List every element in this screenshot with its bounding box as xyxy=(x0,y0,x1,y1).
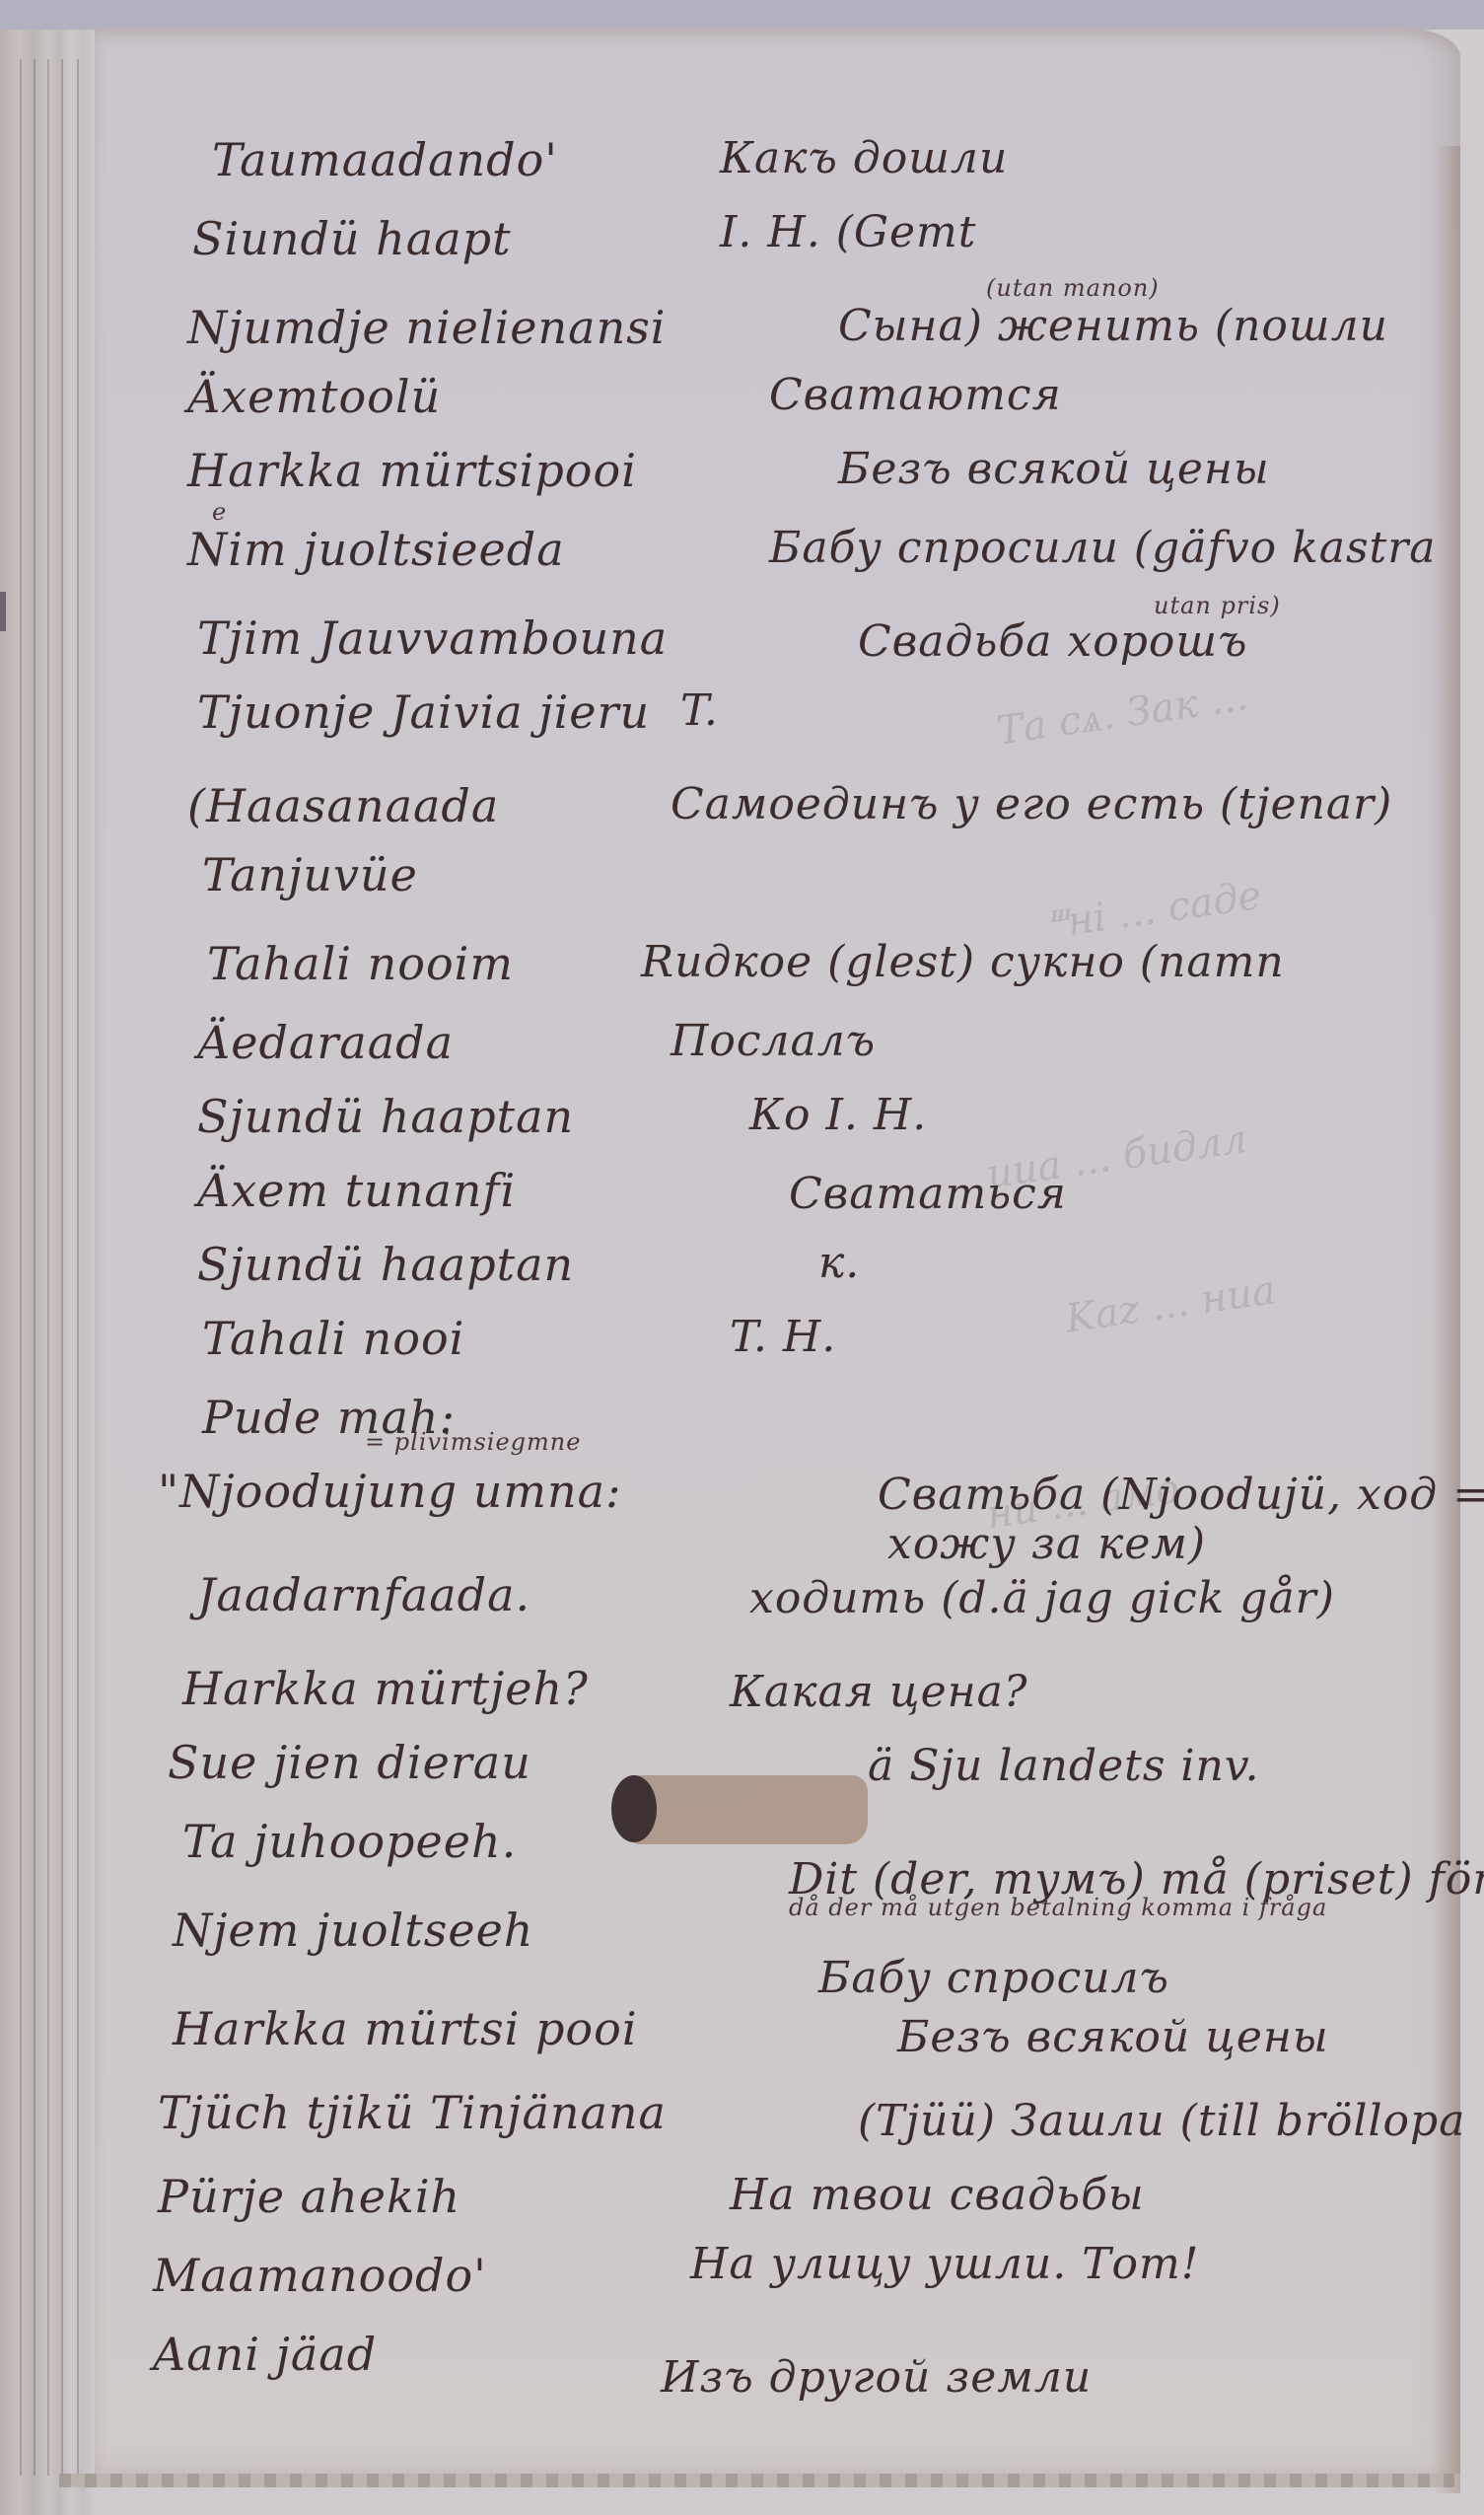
entry-right: хожу за кем) xyxy=(887,1519,1206,1569)
entry-right: Свататься xyxy=(789,1169,1067,1219)
entry-right: Ко I. H. xyxy=(749,1090,927,1140)
page-edge-line xyxy=(47,59,49,2476)
entry-left: Maamanoodo' xyxy=(153,2249,487,2302)
spine-mark xyxy=(0,592,6,631)
entry-right: Какая цена? xyxy=(730,1667,1027,1717)
entry-note: utan pris) xyxy=(1154,592,1281,619)
entry-right: Сына) женить (пошли xyxy=(838,301,1388,351)
entry-left: Harkka mürtsipooi xyxy=(187,444,637,497)
entry-left: Tanjuvüe xyxy=(202,848,418,901)
page-bottom-edge xyxy=(59,2474,1454,2487)
entry-left: Tjuonje Jaivia jieru xyxy=(197,685,650,739)
entry-right: Изъ другой земли xyxy=(661,2352,1092,2403)
entry-left: Njem juoltseeh xyxy=(173,1904,533,1957)
entry-left: Äxemtoolü xyxy=(187,370,441,423)
entry-right: Свадьба хорошъ xyxy=(858,616,1247,667)
entry-left: Tjüch tjikü Tinjänana xyxy=(158,2086,667,2139)
entry-left: Siundü haapt xyxy=(192,212,512,265)
entry-right: Сватьба (Njoodujü, ход = njoda xyxy=(878,1470,1484,1520)
entry-left: Pürje ahekih xyxy=(158,2170,460,2223)
background-surface xyxy=(0,0,1484,30)
entry-left: Harkka mürtjeh? xyxy=(182,1662,589,1715)
entry-left: Njumdje nielienansi xyxy=(187,301,667,354)
entry-right: (Tjüü) Зашли (till bröllopa xyxy=(858,2096,1465,2146)
entry-left: Äedaraada xyxy=(197,1016,454,1069)
entry-left: Taumaadando' xyxy=(212,133,558,186)
entry-left: Jaadarnfaada. xyxy=(197,1568,530,1621)
entry-right: Бабу спросили (gäfvo kastra xyxy=(769,523,1437,573)
entry-left: Aani jäad xyxy=(153,2328,377,2381)
entry-left: Sjundü haaptan xyxy=(197,1238,574,1291)
entry-right: Безъ всякой цены xyxy=(838,444,1270,494)
entry-right: Послалъ xyxy=(671,1016,876,1066)
entry-note: = plivimsiegmne xyxy=(365,1428,581,1456)
page-edge-line xyxy=(34,59,35,2476)
entry-right: ходить (d.ä jag gick går) xyxy=(749,1573,1335,1623)
entry-right: На твои свадьбы xyxy=(730,2170,1145,2220)
entry-right: T. Н. xyxy=(730,1312,836,1362)
entry-note: då der må utgen betalning komma i fråga xyxy=(789,1894,1327,1921)
entry-left: Harkka mürtsi pooi xyxy=(173,2002,638,2055)
ink-blot xyxy=(611,1775,657,1842)
page-edge-line xyxy=(61,59,63,2476)
entry-right: Сватаются xyxy=(769,370,1062,420)
page-edge-line xyxy=(20,59,22,2476)
entry-left: Sjundü haaptan xyxy=(197,1090,574,1143)
entry-left: Tahali nooi xyxy=(202,1312,464,1365)
entry-right: I. H. (Gemt xyxy=(720,207,976,257)
entry-left: Tjim Jauvvambouna xyxy=(197,611,668,665)
paper-stain xyxy=(631,1775,868,1844)
entry-right: Безъ всякой цены xyxy=(897,2012,1329,2062)
entry-right: Самоединъ у его есть (tjenar) xyxy=(671,779,1392,829)
entry-left: "Njoodujung umna: xyxy=(158,1465,622,1518)
entry-right: T. xyxy=(680,685,719,736)
entry-left: Tahali nooim xyxy=(207,937,514,990)
entry-note: (utan manon) xyxy=(986,274,1160,302)
entry-right: Rидкое (glest) сукно (namn xyxy=(641,937,1285,987)
entry-left: Nim juoltsieeda xyxy=(187,523,565,576)
entry-right: Бабу спросилъ xyxy=(818,1953,1169,2003)
entry-right: На улицу ушли. Тот! xyxy=(690,2239,1199,2289)
entry-left: Äxem tunanfi xyxy=(197,1164,516,1217)
entry-right: к. xyxy=(818,1238,860,1288)
entry-right: Какъ дошли xyxy=(720,133,1008,183)
entry-left: (Haasanaada xyxy=(187,779,499,832)
entry-right: ä Sju landets inv. xyxy=(868,1741,1259,1791)
entry-note: e xyxy=(212,498,227,526)
entry-left: Sue jien dierau xyxy=(168,1736,531,1789)
entry-left: Ta juhoopeeh. xyxy=(182,1815,517,1868)
page-edge-line xyxy=(77,59,79,2476)
